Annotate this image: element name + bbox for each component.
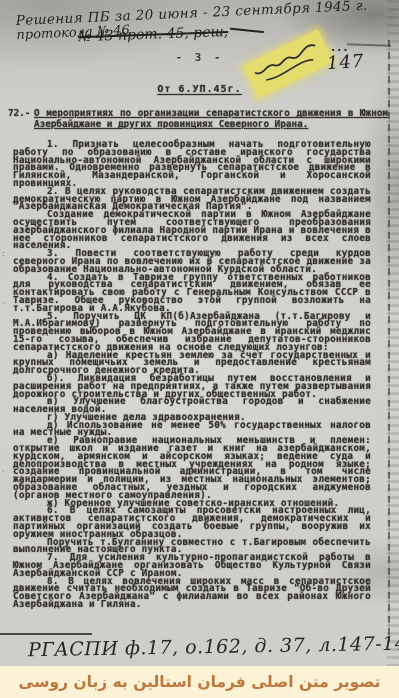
paragraph: 5. Поручить ЦК КП(б)Азербайджана (т.т.Ба… <box>13 313 371 352</box>
folio-number: 147 <box>326 51 365 75</box>
scan-noise-mark: · <box>2 468 5 476</box>
screenshot: : · · Решения ПБ за 20 июня - 23 сентябр… <box>0 0 399 698</box>
paragraph: 3. Повести соответствующую работу среди … <box>13 250 371 273</box>
paragraph: 2. В целях руководства сепаратистским дв… <box>13 188 371 211</box>
paragraph: е) Равноправие национальных меньшинств и… <box>13 437 371 499</box>
decree-item-number: 72.- <box>8 108 34 130</box>
decree-date-heading: От 6.УП.45г. <box>0 84 399 95</box>
archive-reference: РГАСПИ ф.17, о.162, д. 37, л.147-148 <box>28 633 398 661</box>
paragraph: 4. Создать в Тавризе группу ответственны… <box>13 274 371 313</box>
decree-body: 1. Признать целесообразным начать подгот… <box>13 141 371 609</box>
paragraph: 6. В целях самозащиты просоветски настро… <box>13 507 371 538</box>
paragraph: 8. В целях вовлечения широких масс в сеп… <box>13 578 371 609</box>
caption-text: تصویر متن اصلی فرمان استالین به زبان روس… <box>19 673 381 691</box>
decree-title-row: 72.- О мероприятиях по организации сепар… <box>8 108 388 130</box>
paragraph: Создание демократической партии в Южном … <box>13 211 371 250</box>
paragraph: 1. Признать целесообразным начать подгот… <box>13 141 371 188</box>
page-edge-horizontal-line <box>347 43 391 47</box>
scan-noise-mark: · <box>3 300 6 308</box>
scan-noise-mark: : <box>2 250 5 258</box>
paragraph: б). Ликвидация безработицы путем восстан… <box>13 375 371 398</box>
paragraph: 7. Для усиления культурно-пропагандистск… <box>13 554 371 577</box>
decree-title: О мероприятиях по организации сепаратист… <box>34 108 388 130</box>
separator-line <box>0 633 92 635</box>
scanned-decree-page: : · · Решения ПБ за 20 июня - 23 сентябр… <box>0 0 399 666</box>
caption-bar: تصویر متن اصلی فرمان استالین به زبان روس… <box>0 666 399 698</box>
paragraph: а) Наделение крестьян землею за счет гос… <box>13 352 371 375</box>
page-edge-vertical-line <box>388 40 390 642</box>
